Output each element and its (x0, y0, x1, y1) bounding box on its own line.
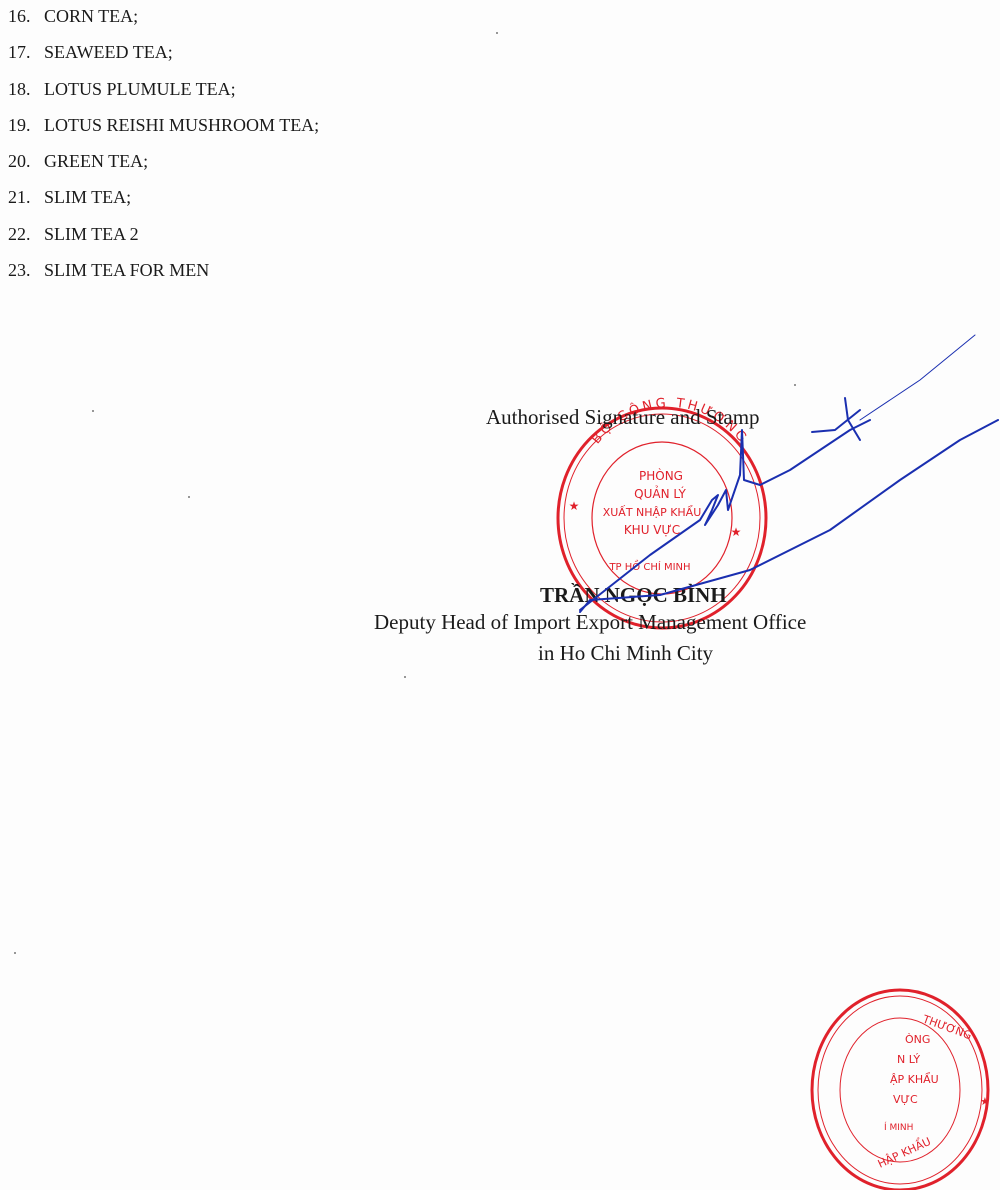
svg-text:★: ★ (980, 1095, 990, 1108)
svg-text:★: ★ (731, 525, 742, 539)
signer-title-line1: Deputy Head of Import Export Management … (374, 610, 806, 635)
svg-text:ÒNG: ÒNG (905, 1033, 930, 1046)
scan-speck (92, 410, 94, 412)
svg-text:N LÝ: N LÝ (897, 1053, 920, 1066)
signer-title-line2: in Ho Chi Minh City (538, 641, 713, 666)
list-item: 19.LOTUS REISHI MUSHROOM TEA; (8, 113, 319, 149)
list-item: 16.CORN TEA; (8, 4, 319, 40)
list-item: 21.SLIM TEA; (8, 185, 319, 221)
svg-text:KHU VỰC: KHU VỰC (624, 523, 680, 537)
svg-text:VỰC: VỰC (893, 1093, 918, 1106)
list-item: 22.SLIM TEA 2 (8, 222, 319, 258)
svg-text:QUẢN LÝ: QUẢN LÝ (634, 485, 686, 501)
svg-text:★: ★ (569, 499, 580, 513)
scan-speck (188, 496, 190, 498)
scan-speck (14, 952, 16, 954)
signature-caption: Authorised Signature and Stamp (486, 405, 760, 430)
svg-text:PHÒNG: PHÒNG (639, 468, 683, 483)
list-item: 17.SEAWEED TEA; (8, 40, 319, 76)
svg-text:Í MINH: Í MINH (884, 1121, 913, 1133)
svg-text:ẬP KHẨU: ẬP KHẨU (890, 1072, 939, 1086)
product-list: 16.CORN TEA; 17.SEAWEED TEA; 18.LOTUS PL… (8, 4, 319, 294)
svg-text:HẬP KHẨU: HẬP KHẨU (875, 1134, 933, 1171)
scan-speck (794, 384, 796, 386)
signer-name: TRẦN NGỌC BÌNH (540, 583, 727, 608)
list-item: 18.LOTUS PLUMULE TEA; (8, 77, 319, 113)
scan-speck (496, 32, 498, 34)
scan-speck (404, 676, 406, 678)
svg-text:THƯƠNG: THƯƠNG (920, 1012, 974, 1042)
svg-text:XUẤT NHẬP KHẨU: XUẤT NHẬP KHẨU (603, 505, 702, 519)
list-item: 20.GREEN TEA; (8, 149, 319, 185)
svg-text:TP HỒ CHÍ MINH: TP HỒ CHÍ MINH (608, 559, 690, 573)
list-item: 23.SLIM TEA FOR MEN (8, 258, 319, 294)
